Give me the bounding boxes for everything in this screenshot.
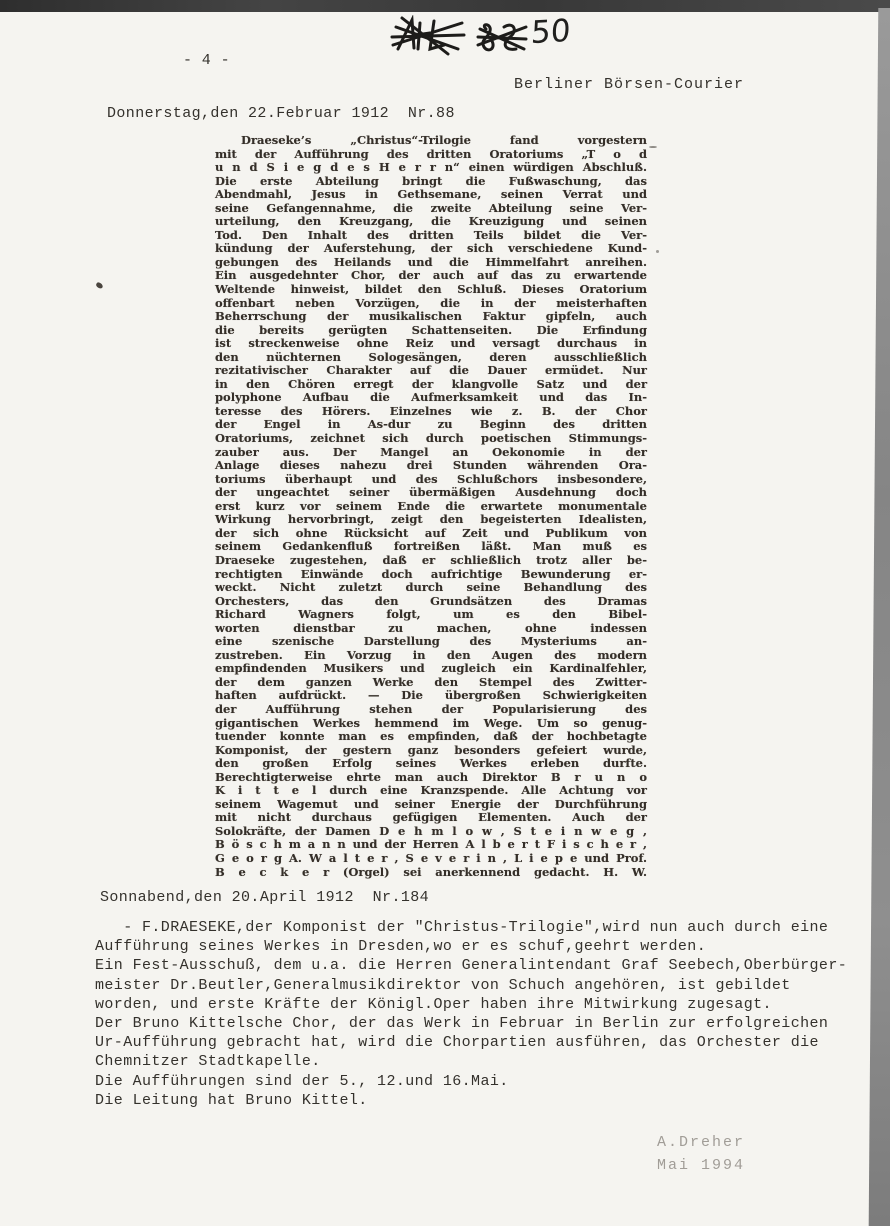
clipping-line: urteilung, den Kreuzgang, die Kreuzigung… [215, 215, 647, 229]
clipping-line: in den Chören erregt der klangvolle Satz… [215, 378, 647, 392]
clipping-line: zustreben. Ein Vorzug in den Augen des m… [215, 649, 647, 663]
crossed-out-number-scribble [476, 21, 528, 55]
notice-line: - F.DRAESEKE,der Komponist der "Christus… [95, 918, 870, 937]
notice-line: Die Aufführungen sind der 5., 12.und 16.… [95, 1072, 870, 1091]
notice-body: - F.DRAESEKE,der Komponist der "Christus… [95, 918, 870, 1110]
notice-line: Der Bruno Kittelsche Chor, der das Werk … [95, 1014, 870, 1033]
clipping-line: offenbart neben Vorzügen, die in der mei… [215, 297, 647, 311]
clipping-line: worten dienstbar zu machen, ohne indesse… [215, 622, 647, 636]
clipping-line: polyphone Aufbau die Aufmerksamkeit und … [215, 391, 647, 405]
scanner-top-edge [0, 0, 890, 12]
notice-line: meister Dr.Beutler,Generalmusikdirektor … [95, 976, 870, 995]
clipping-line: kündung der Auferstehung, der sich versc… [215, 242, 647, 256]
clipping-line: Tod. Den Inhalt des dritten Teils bildet… [215, 229, 647, 243]
notice-line: worden, und erste Kräfte der Königl.Oper… [95, 995, 870, 1014]
clipping-line: mit der Aufführung des dritten Oratorium… [215, 148, 647, 162]
clipping-line: der dem ganzen Werke den Stempel des Zwi… [215, 676, 647, 690]
clipping-line: Weltende hinweist, bildet den Schluß. Di… [215, 283, 647, 297]
clipping-line: empfindenden Musikers und zugleich ein K… [215, 662, 647, 676]
handwritten-page-number: 50 [530, 13, 571, 51]
clipping-line: Berechtigterweise ehrte man auch Direkto… [215, 771, 647, 785]
clipping-line: den großen Erfolg seines Werkes erleben … [215, 757, 647, 771]
clipping-line: seinem Wagemut und seiner Energie der Du… [215, 798, 647, 812]
clipping-line: Ein ausgedehnter Chor, der auch auf das … [215, 269, 647, 283]
clipping-line: B ö s c h m a n n und der Herren A l b e… [215, 838, 647, 852]
notice-line: Aufführung seines Werkes in Dresden,wo e… [95, 937, 870, 956]
clipping-line: teresse des Hörers. Einzelnes wie z. B. … [215, 405, 647, 419]
clipping-line: Draeseke’s „Christus“-Trilogie fand vorg… [215, 134, 647, 148]
clipping-line: Orchesters, das den Grundsätzen des Dram… [215, 595, 647, 609]
notice-line: Ein Fest-Ausschuß, dem u.a. die Herren G… [95, 956, 870, 975]
clipping-line: Draeseke zugestehen, daß er schließlich … [215, 554, 647, 568]
clipping-line: K i t t e l durch eine Kranzspende. Alle… [215, 784, 647, 798]
clipping-line: Beherrschung der musikalischen Faktur gi… [215, 310, 647, 324]
notice-line: Die Leitung hat Bruno Kittel. [95, 1091, 870, 1110]
notice-line: Ur-Aufführung gebracht hat, wird die Cho… [95, 1033, 870, 1052]
clipping-line: rezitativischer Charakter auf die Dauer … [215, 364, 647, 378]
notice-line: Chemnitzer Stadtkapelle. [95, 1052, 870, 1071]
annotation-date: Mai 1994 [657, 1157, 745, 1174]
ink-speck [649, 146, 657, 148]
clipping-line: Abendmahl, Jesus in Gethsemane, seinen V… [215, 188, 647, 202]
clipping-line: ist streckenweise ohne Reiz und versagt … [215, 337, 647, 351]
clipping-line: zauber aus. Der Mangel an Oekonomie in d… [215, 446, 647, 460]
clipping-line: mit nicht durchaus gefügigen Elementen. … [215, 811, 647, 825]
newspaper-title: Berliner Börsen-Courier [514, 76, 744, 93]
clipping-line: seinem Gedankenfluß fortreißen läßt. Man… [215, 540, 647, 554]
clipping-line: den nüchternen Sologesängen, deren aussc… [215, 351, 647, 365]
clipping-line: toriums überhaupt und des Schlußchors in… [215, 473, 647, 487]
clipping-line: der ungeachtet seiner übermäßigen Ausdeh… [215, 486, 647, 500]
clipping-line: der sich ohne Rücksicht auf Zeit und Pub… [215, 527, 647, 541]
clipping-line: Wirkung hervorbringt, zeigt den begeiste… [215, 513, 647, 527]
clipping-line: weckt. Nicht zuletzt durch seine Behandl… [215, 581, 647, 595]
ink-speck [95, 282, 104, 290]
clipping-line: gigantischen Werkes hemmend im Wege. Um … [215, 717, 647, 731]
clipping-line: tuender konnte man es empfinden, daß der… [215, 730, 647, 744]
clipping-line: die bereits gerügten Schattenseiten. Die… [215, 324, 647, 338]
clipping-line: Richard Wagners folgt, um es den Bibel- [215, 608, 647, 622]
clipping-line: Oratoriums, zeichnet sich durch poetisch… [215, 432, 647, 446]
clipping-line: Solokräfte, der Damen D e h m l o w , S … [215, 825, 647, 839]
clipping-line: der Engel in As-dur zu Beginn des dritte… [215, 418, 647, 432]
clipping-line: Anlage dieses nahezu drei Stunden währen… [215, 459, 647, 473]
annotation-author: A.Dreher [657, 1134, 745, 1151]
clipping-line: G e o r g A. W a l t e r , S e v e r i n… [215, 852, 647, 866]
clipping-line: Komponist, der gestern ganz besonders ge… [215, 744, 647, 758]
clipping-line: Die erste Abteilung bringt die Fußwaschu… [215, 175, 647, 189]
clipping-line: erst kurz vor seinem Ende die erwartete … [215, 500, 647, 514]
page-number: - 4 - [183, 52, 230, 69]
clipping-line: seine Gefangennahme, die zweite Abteilun… [215, 202, 647, 216]
clipping-line: u n d S i e g d e s H e r r n“ einen wür… [215, 161, 647, 175]
notice-dateline: Sonnabend,den 20.April 1912 Nr.184 [100, 889, 429, 906]
clipping-line: B e c k e r (Orgel) sei anerkennend geda… [215, 866, 647, 880]
clipping-line: rechtigten Einwände doch aufrichtige Bew… [215, 568, 647, 582]
clipping-line: haften aufdrückt. — Die übergroßen Schwi… [215, 689, 647, 703]
newspaper-clipping-fraktur: Draeseke’s „Christus“-Trilogie fand vorg… [215, 134, 647, 879]
ink-speck [656, 250, 659, 253]
review-dateline: Donnerstag,den 22.Februar 1912 Nr.88 [107, 105, 455, 122]
clipping-line: der Aufführung stehen der Popularisierun… [215, 703, 647, 717]
crossed-out-number-scribble [390, 15, 470, 57]
clipping-line: gebungen des Heilands und die Himmelfahr… [215, 256, 647, 270]
scanned-document-page: 50 - 4 - Berliner Börsen-Courier Donners… [0, 0, 890, 1226]
clipping-line: eine szenische Darstellung des Mysterium… [215, 635, 647, 649]
